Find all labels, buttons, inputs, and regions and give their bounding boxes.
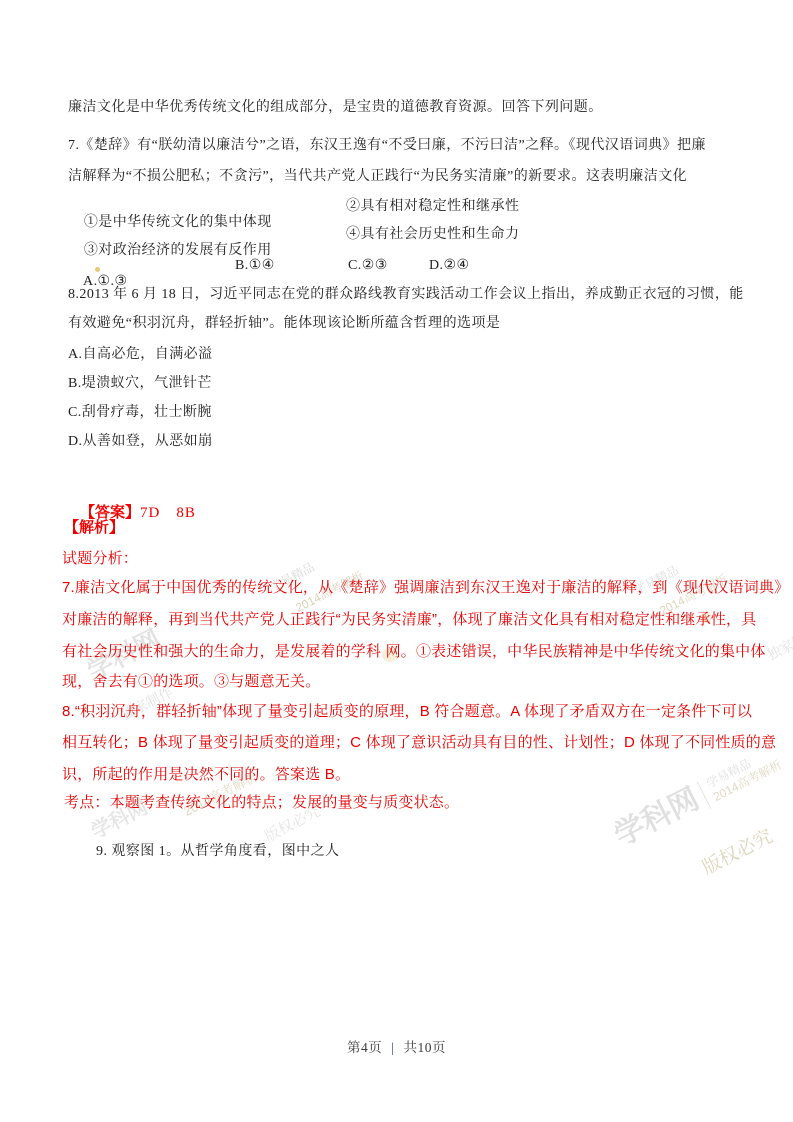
footer-total-pages: 共10页 [403,1040,446,1055]
watermark-brand-bottom-right: 学科网学易精品2014高考解析 [560,703,793,900]
analysis-q8-line-2: 相互转化；B 体现了量变引起质变的道理；C 体现了意识活动具有目的性、计划性；D… [62,734,776,751]
watermark-text: 学易精品 [704,756,753,790]
watermark-text: 独家制作 [764,624,793,664]
watermark-rights-bottom-right: 版权必究 [668,802,787,909]
question-7-stem-line-1: 7.《楚辞》有“朕幼清以廉洁兮”之语，东汉王逸有“不受曰廉，不污曰洁”之释。《现… [68,138,706,154]
option-4: ④具有社会历史性和生命力 [346,227,519,243]
analysis-q7-line-1: 7.廉洁文化属于中国优秀的传统文化，从《楚辞》强调廉洁到东汉王逸对于廉洁的解释，… [62,579,789,596]
exam-page: 学易精品 2014高考解析 学科网 独家制作 学易精品 2014高考解析 独家制… [0,0,793,1122]
question-8-choice-c: C.刮骨疗毒，壮士断腕 [68,405,212,421]
analysis-q8-line-1: 8.“积羽沉舟，群轻折轴”体现了量变引起质变的原理，B 符合题意。A 体现了矛盾… [62,703,752,720]
watermark-text: 学科网 [609,782,704,852]
question-7-stem-line-2: 洁解释为“不损公肥私；不贪污”，当代共产党人正践行“为民务实清廉”的新要求。这表… [68,169,687,185]
option-3: ③对政治经济的发展有反作用 [84,243,272,258]
question-9-stem: 9. 观察图 1。从哲学角度看，图中之人 [96,844,340,860]
analysis-q7-line-2: 对廉洁的解释，再到当代共产党人正践行“为民务实清廉”，体现了廉洁文化具有相对稳定… [62,611,756,628]
exam-points-line: 考点：本题考查传统文化的特点；发展的量变与质变状态。 [64,794,459,811]
analysis-q7-line-4: 现，舍去有①的选项。③与题意无关。 [62,673,320,690]
question-8-choice-d: D.从善如登，从恶如崩 [68,434,213,450]
footer-separator: | [382,1040,403,1055]
question-8-choice-b: B.堤溃蚁穴，气泄针芒 [68,376,212,392]
footer-current-page: 第4页 [347,1040,382,1055]
question-7-choice-d: D.②④ [429,258,470,274]
question-8-choice-a: A.自高必危，自满必溢 [68,347,213,363]
analysis-q8-line-3: 识，所起的作用是决然不同的。答案选 B。 [62,766,350,783]
question-8-stem-line-2: 有效避免“积羽沉舟，群轻折轴”。能体现该论断所蕴含哲理的选项是 [68,316,500,332]
analysis-intro: 试题分析： [62,550,138,567]
analysis-q7-line-3: 有社会历史性和强大的生命力，是发展着的学科 网。①表述错误，中华民族精神是中华传… [62,643,766,660]
question-7-choices-row: A.①.③ B.①④ C.②③ D.②④ [68,258,728,355]
option-2: ②具有相对稳定性和继承性 [346,199,519,215]
page-footer: 第4页|共10页 [0,1036,793,1056]
intro-paragraph: 廉洁文化是中华优秀传统文化的组成部分，是宝贵的道德教育资源。回答下列问题。 [68,100,603,116]
answer-value: 7D 8B [140,505,196,521]
question-8-stem-line-1: 8.2013 年 6 月 18 日，习近平同志在党的群众路线教育实践活动工作会议… [68,287,744,303]
question-7-choice-c: C.②③ [348,258,388,274]
watermark-text: 2014高考解析 [711,758,784,804]
question-7-choice-b: B.①④ [235,258,275,274]
watermark-text: 版权必究 [699,826,776,879]
analysis-label: 【解析】 [64,519,124,536]
